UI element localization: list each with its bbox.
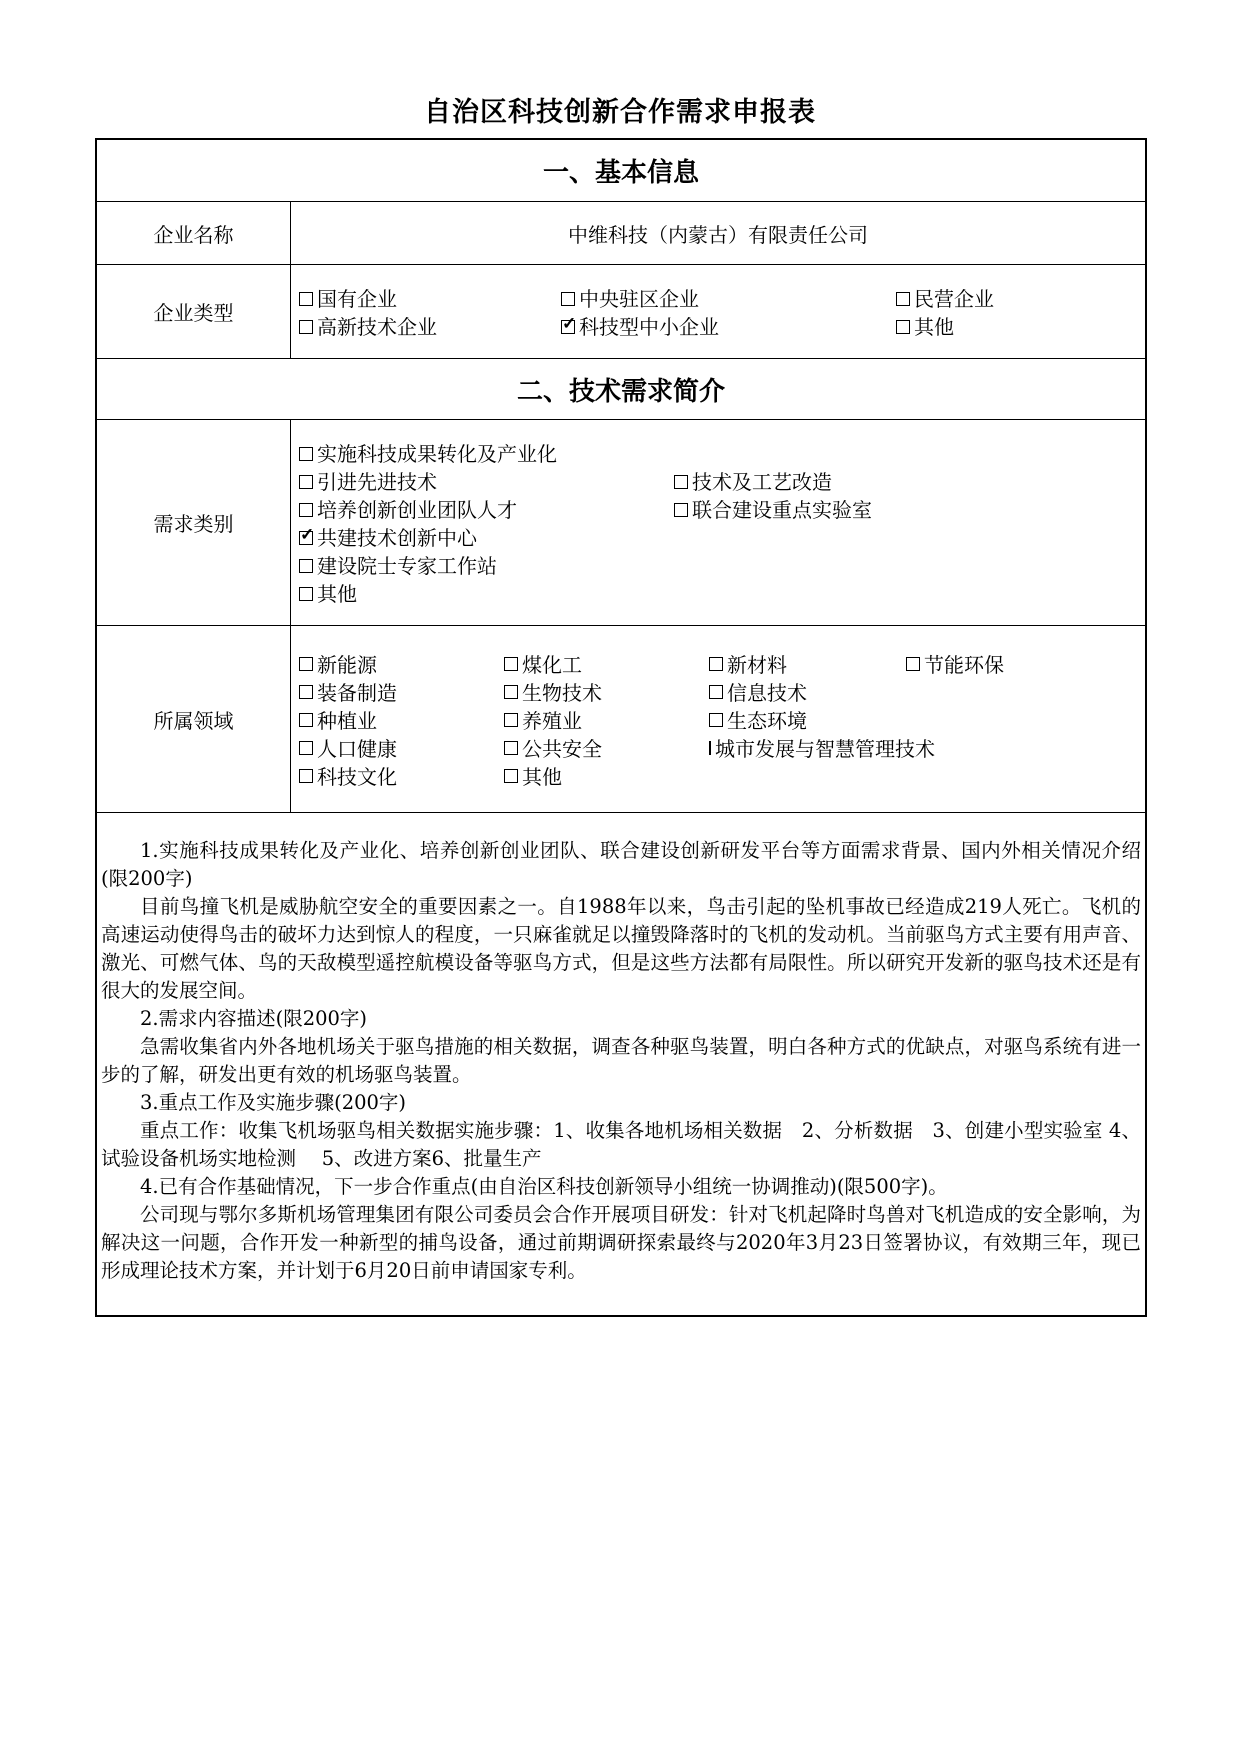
answer-4: 公司现与鄂尔多斯机场管理集团有限公司委员会合作开展项目研发：针对飞机起降时鸟兽对… [101,1201,1141,1285]
checkbox-option[interactable]: 人口健康 [299,733,504,762]
checkbox-label: 其他 [914,311,954,340]
company-name-text: 中维科技（内蒙古）有限责任公司 [568,219,868,248]
checkbox-option[interactable]: 科技文化 [299,761,504,790]
option-line: 科技文化其他 [299,761,1145,789]
checkbox-icon[interactable] [299,447,313,461]
checkbox-label: 新材料 [727,649,787,678]
checkbox-label: 公共安全 [522,733,602,762]
checkbox-label: 技术及工艺改造 [692,466,832,495]
description-block[interactable]: 1.实施科技成果转化及产业化、培养创新创业团队、联合建设创新研发平台等方面需求背… [97,813,1145,1315]
checkbox-option[interactable]: 引进先进技术 [299,466,674,495]
checkbox-label: 人口健康 [317,733,397,762]
question-2: 2.需求内容描述(限200字) [101,1005,1141,1033]
option-line: 共建技术创新中心 [299,523,1145,551]
enterprise-type-options: 国有企业中央驻区企业民营企业高新技术企业科技型中小企业其他 [291,265,1145,358]
question-3: 3.重点工作及实施步骤(200字) [101,1089,1141,1117]
checkbox-icon[interactable] [674,475,688,489]
checkbox-label: 高新技术企业 [317,311,437,340]
demand-category-label: 需求类别 [97,420,291,625]
checkbox-icon[interactable] [709,741,711,755]
answer-2: 急需收集省内外各地机场关于驱鸟措施的相关数据，调查各种驱鸟装置，明白各种方式的优… [101,1033,1141,1089]
option-line: 实施科技成果转化及产业化 [299,439,1145,467]
demand-category-options: 实施科技成果转化及产业化引进先进技术技术及工艺改造培养创新创业团队人才联合建设重… [291,420,1145,625]
checkbox-label: 生物技术 [522,677,602,706]
checkbox-icon[interactable] [504,769,518,783]
checkbox-option[interactable]: 信息技术 [709,677,906,706]
checkbox-icon[interactable] [299,587,313,601]
checkbox-icon[interactable] [906,657,920,671]
checkbox-icon[interactable] [299,713,313,727]
field-options: 新能源煤化工新材料节能环保装备制造生物技术信息技术种植业养殖业生态环境人口健康公… [291,626,1145,812]
checkbox-icon[interactable] [561,292,575,306]
checkbox-option[interactable]: 高新技术企业 [299,311,561,340]
checkbox-icon[interactable] [896,320,910,334]
checkbox-icon[interactable] [504,741,518,755]
checkbox-icon[interactable] [299,503,313,517]
checkbox-icon[interactable] [299,559,313,573]
option-line: 建设院士专家工作站 [299,551,1145,579]
option-line: 引进先进技术技术及工艺改造 [299,467,1145,495]
checkbox-label: 其他 [317,578,357,607]
checkbox-icon[interactable] [709,657,723,671]
checkbox-label: 生态环境 [727,705,807,734]
field-label: 所属领域 [97,626,291,812]
checkbox-label: 新能源 [317,649,377,678]
checkbox-label: 中央驻区企业 [579,283,699,312]
checkbox-option[interactable]: 共建技术创新中心 [299,522,674,551]
checkbox-option[interactable]: 新能源 [299,649,504,678]
checkbox-label: 科技文化 [317,761,397,790]
option-line: 培养创新创业团队人才联合建设重点实验室 [299,495,1145,523]
checked-checkbox-icon[interactable] [299,531,313,545]
option-line: 国有企业中央驻区企业民营企业 [299,284,1145,312]
checkbox-option[interactable]: 建设院士专家工作站 [299,550,674,579]
enterprise-type-label: 企业类型 [97,265,291,358]
company-name-row: 企业名称 中维科技（内蒙古）有限责任公司 [97,201,1145,264]
checkbox-option[interactable]: 养殖业 [504,705,709,734]
checkbox-label: 煤化工 [522,649,582,678]
checkbox-icon[interactable] [674,503,688,517]
checkbox-label: 养殖业 [522,705,582,734]
description-row: 1.实施科技成果转化及产业化、培养创新创业团队、联合建设创新研发平台等方面需求背… [97,812,1145,1315]
checkbox-icon[interactable] [709,685,723,699]
section-tech-demand-header: 二、技术需求简介 [97,358,1145,419]
answer-1: 目前鸟撞飞机是威胁航空安全的重要因素之一。自1988年以来，鸟击引起的坠机事故已… [101,893,1141,1005]
page-title: 自治区科技创新合作需求申报表 [0,90,1240,129]
checkbox-option[interactable]: 技术及工艺改造 [674,466,974,495]
checkbox-option[interactable]: 城市发展与智慧管理技术 [709,733,906,762]
checkbox-icon[interactable] [896,292,910,306]
checkbox-label: 民营企业 [914,283,994,312]
checkbox-option[interactable]: 种植业 [299,705,504,734]
checkbox-label: 国有企业 [317,283,397,312]
checked-checkbox-icon[interactable] [561,320,575,334]
checkbox-option[interactable]: 煤化工 [504,649,709,678]
checkbox-icon[interactable] [299,769,313,783]
checkbox-option[interactable]: 联合建设重点实验室 [674,494,974,523]
company-name-value[interactable]: 中维科技（内蒙古）有限责任公司 [291,202,1145,264]
checkbox-label: 联合建设重点实验室 [692,494,872,523]
checkbox-label: 其他 [522,761,562,790]
checkbox-icon[interactable] [504,657,518,671]
demand-category-row: 需求类别 实施科技成果转化及产业化引进先进技术技术及工艺改造培养创新创业团队人才… [97,419,1145,625]
checkbox-label: 实施科技成果转化及产业化 [317,438,557,467]
company-name-label: 企业名称 [97,202,291,264]
checkbox-label: 共建技术创新中心 [317,522,477,551]
checkbox-label: 引进先进技术 [317,466,437,495]
checkbox-icon[interactable] [504,685,518,699]
checkbox-icon[interactable] [299,292,313,306]
checkbox-label: 城市发展与智慧管理技术 [715,733,935,762]
checkbox-icon[interactable] [299,657,313,671]
checkbox-option[interactable]: 其他 [896,311,1096,340]
checkbox-option[interactable]: 新材料 [709,649,906,678]
question-4: 4.已有合作基础情况，下一步合作重点(由自治区科技创新领导小组统一协调推动)(限… [101,1173,1141,1201]
checkbox-icon[interactable] [299,320,313,334]
checkbox-option[interactable]: 其他 [299,578,674,607]
option-line: 装备制造生物技术信息技术 [299,677,1145,705]
checkbox-option[interactable]: 生态环境 [709,705,906,734]
enterprise-type-row: 企业类型 国有企业中央驻区企业民营企业高新技术企业科技型中小企业其他 [97,264,1145,358]
checkbox-label: 装备制造 [317,677,397,706]
checkbox-option[interactable]: 科技型中小企业 [561,311,896,340]
checkbox-label: 科技型中小企业 [579,311,719,340]
checkbox-label: 建设院士专家工作站 [317,550,497,579]
section-basic-info-header: 一、基本信息 [97,140,1145,201]
option-line: 其他 [299,579,1145,607]
checkbox-option[interactable]: 公共安全 [504,733,709,762]
checkbox-label: 节能环保 [924,649,1004,678]
checkbox-icon[interactable] [504,713,518,727]
checkbox-option[interactable]: 国有企业 [299,283,561,312]
checkbox-label: 信息技术 [727,677,807,706]
checkbox-option[interactable]: 节能环保 [906,649,1106,678]
option-line: 种植业养殖业生态环境 [299,705,1145,733]
checkbox-icon[interactable] [709,713,723,727]
checkbox-option[interactable]: 实施科技成果转化及产业化 [299,438,674,467]
checkbox-option[interactable]: 中央驻区企业 [561,283,896,312]
checkbox-label: 种植业 [317,705,377,734]
checkbox-icon[interactable] [299,685,313,699]
checkbox-icon[interactable] [299,741,313,755]
checkbox-option[interactable]: 民营企业 [896,283,1096,312]
application-form: 一、基本信息 企业名称 中维科技（内蒙古）有限责任公司 企业类型 国有企业中央驻… [95,138,1147,1317]
answer-3: 重点工作：收集飞机场驱鸟相关数据实施步骤：1、收集各地机场相关数据 2、分析数据… [101,1117,1141,1173]
option-line: 人口健康公共安全城市发展与智慧管理技术 [299,733,1145,761]
checkbox-option[interactable]: 其他 [504,761,709,790]
option-line: 新能源煤化工新材料节能环保 [299,649,1145,677]
checkbox-label: 培养创新创业团队人才 [317,494,517,523]
checkbox-option[interactable]: 培养创新创业团队人才 [299,494,674,523]
question-1: 1.实施科技成果转化及产业化、培养创新创业团队、联合建设创新研发平台等方面需求背… [101,837,1141,893]
checkbox-icon[interactable] [299,475,313,489]
checkbox-option[interactable]: 生物技术 [504,677,709,706]
checkbox-option[interactable]: 装备制造 [299,677,504,706]
field-row: 所属领域 新能源煤化工新材料节能环保装备制造生物技术信息技术种植业养殖业生态环境… [97,625,1145,812]
option-line: 高新技术企业科技型中小企业其他 [299,312,1145,340]
